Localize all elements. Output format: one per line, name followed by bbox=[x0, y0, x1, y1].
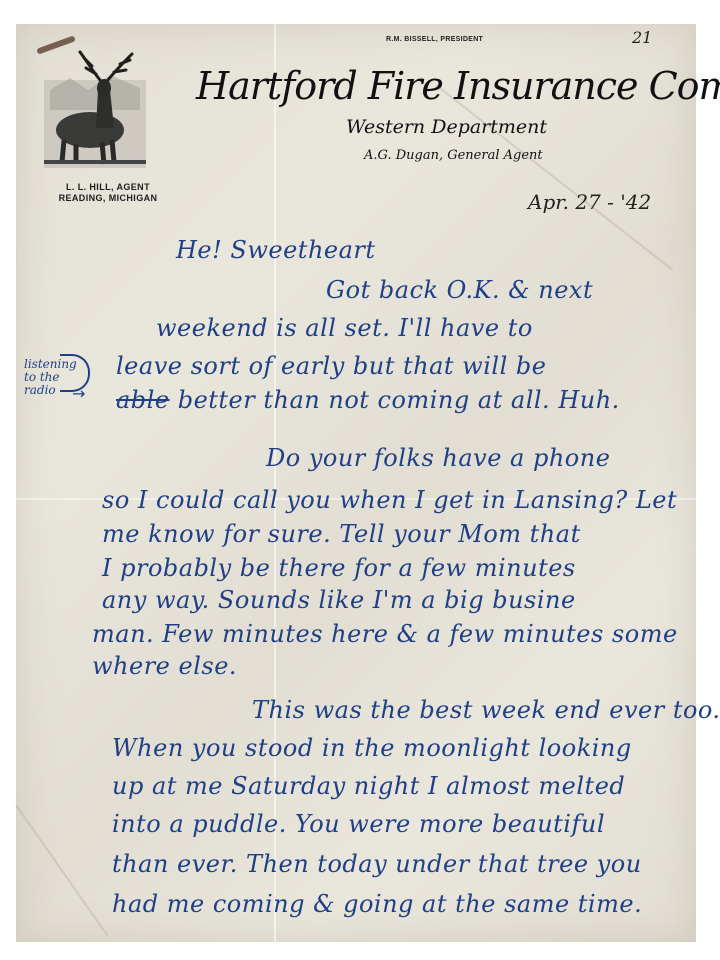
arrow-icon: → bbox=[72, 384, 85, 403]
letter-line: leave sort of early but that will be bbox=[116, 352, 546, 380]
agent-info: L. L. HILL, AGENT READING, MICHIGAN bbox=[38, 182, 178, 204]
letter-line: any way. Sounds like I'm a big busine bbox=[102, 586, 576, 614]
letter-line: Do your folks have a phone bbox=[266, 444, 610, 472]
letter-paper: L. L. HILL, AGENT READING, MICHIGAN R.M.… bbox=[16, 24, 696, 942]
elk-icon bbox=[40, 50, 150, 170]
letter-line: had me coming & going at the same time. bbox=[112, 890, 642, 918]
letter-line: When you stood in the moonlight looking bbox=[112, 734, 632, 762]
company-name: Hartford Fire Insurance Company bbox=[196, 64, 720, 108]
department-name: Western Department bbox=[346, 116, 547, 138]
letter-line: This was the best week end ever too. bbox=[252, 696, 720, 724]
letter-line: so I could call you when I get in Lansin… bbox=[102, 486, 677, 514]
fold-line-vertical bbox=[274, 24, 276, 942]
paper-crease bbox=[15, 804, 108, 936]
letter-line: Got back O.K. & next bbox=[326, 276, 593, 304]
salutation: He! Sweetheart bbox=[176, 236, 376, 264]
struck-word: able bbox=[116, 386, 170, 414]
paper-crease bbox=[435, 84, 673, 270]
page-number: 21 bbox=[632, 28, 652, 47]
general-agent: A.G. Dugan, General Agent bbox=[364, 148, 543, 163]
agent-name: L. L. HILL, AGENT bbox=[38, 182, 178, 193]
letter-line: than ever. Then today under that tree yo… bbox=[112, 850, 642, 878]
letter-line: where else. bbox=[92, 652, 237, 680]
letter-line: me know for sure. Tell your Mom that bbox=[102, 520, 581, 548]
president-name: R.M. BISSELL, PRESIDENT bbox=[386, 36, 483, 43]
letter-line: weekend is all set. I'll have to bbox=[156, 314, 533, 342]
letter-line: up at me Saturday night I almost melted bbox=[112, 772, 625, 800]
letter-line: man. Few minutes here & a few minutes so… bbox=[92, 620, 678, 648]
letter-line-with-strike: able better than not coming at all. Huh. bbox=[116, 386, 620, 414]
agent-location: READING, MICHIGAN bbox=[38, 193, 178, 204]
letter-date: Apr. 27 - '42 bbox=[528, 190, 651, 214]
letter-line: into a puddle. You were more beautiful bbox=[112, 810, 605, 838]
letter-line: better than not coming at all. Huh. bbox=[178, 386, 620, 414]
letter-line: I probably be there for a few minutes bbox=[102, 554, 576, 582]
